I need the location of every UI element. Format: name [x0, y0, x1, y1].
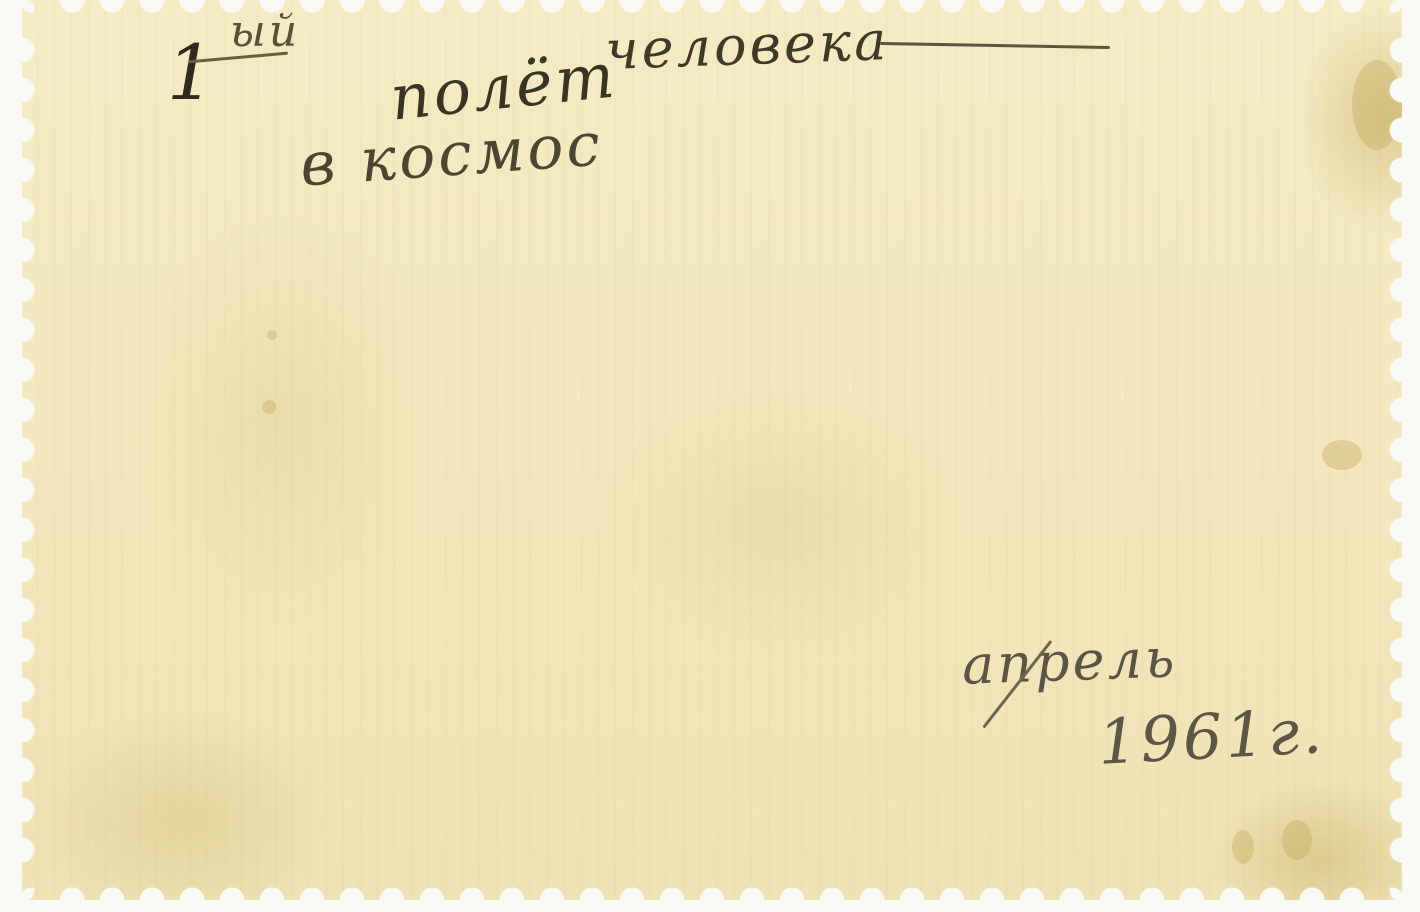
stain	[267, 330, 277, 340]
stain	[1352, 60, 1402, 150]
handwritten-month: апрель	[961, 626, 1178, 696]
stain	[1322, 440, 1362, 470]
handwritten-word-human: человека	[604, 9, 890, 82]
stain	[1232, 830, 1254, 864]
handwritten-year: 1961г.	[1096, 694, 1326, 779]
stain	[262, 400, 276, 414]
stain	[1282, 820, 1312, 860]
handwritten-ordinal-suffix: ый	[230, 6, 300, 57]
scan-background: 1 ый полёт человека в космос апрель 1961…	[0, 0, 1420, 912]
